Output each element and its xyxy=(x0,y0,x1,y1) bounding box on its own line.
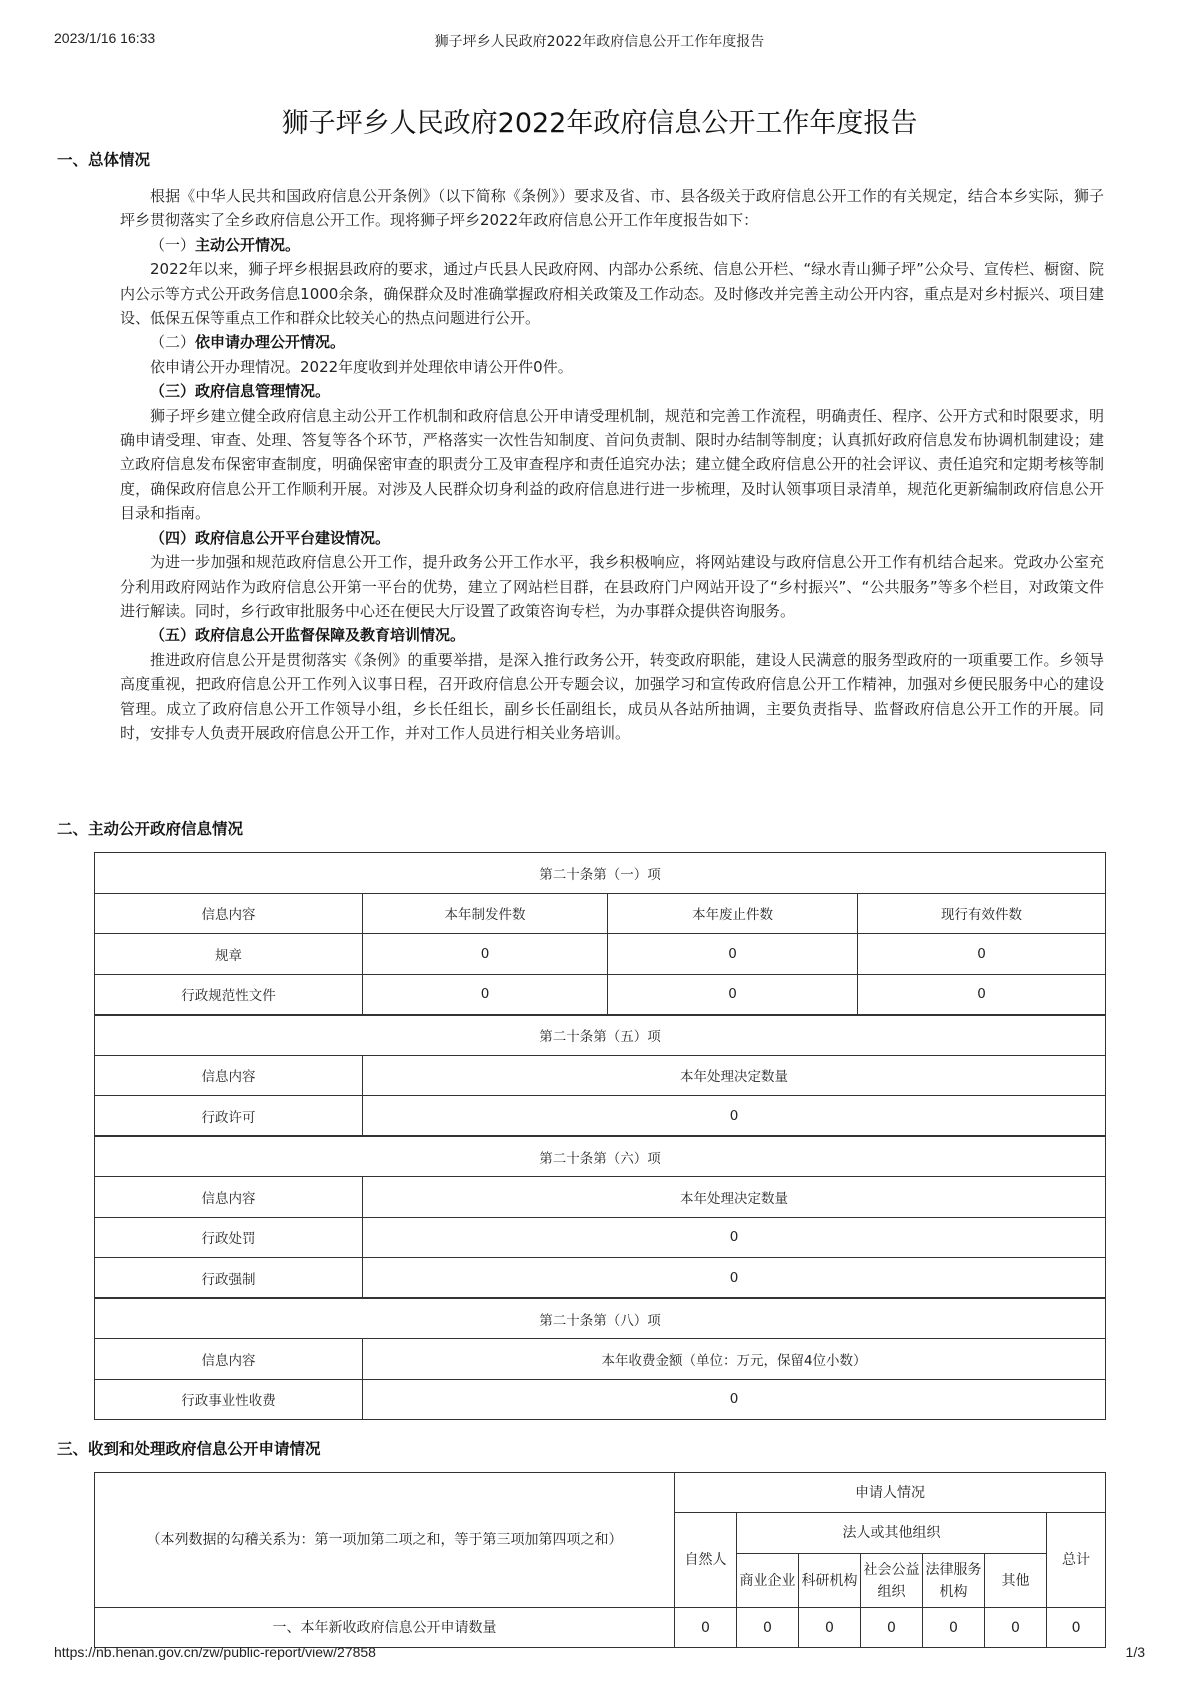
row-label: 行政事业性收费 xyxy=(95,1379,363,1420)
subsection-heading: （二）依申请办理公开情况。 xyxy=(120,330,1104,354)
entity-type-header: 科研机构 xyxy=(799,1554,861,1608)
column-header: 信息内容 xyxy=(95,1339,363,1380)
column-header: 信息内容 xyxy=(95,1055,363,1096)
cell-value: 0 xyxy=(363,1379,1106,1420)
cell-value: 0 xyxy=(363,1217,1106,1258)
section1-body: 根据《中华人民共和国政府信息公开条例》（以下简称《条例》）要求及省、市、县各级关… xyxy=(120,184,1104,745)
table-caption-row: 第二十条第（五）项 xyxy=(95,1015,1106,1056)
subsection-heading: （三）政府信息管理情况。 xyxy=(120,379,1104,403)
block-caption: 第二十条第（六）项 xyxy=(95,1136,1106,1177)
table-header-row: 信息内容 本年处理决定数量 xyxy=(95,1177,1106,1218)
subsection-paragraph: 推进政府信息公开是贯彻落实《条例》的重要举措，是深入推行政务公开，转变政府职能，… xyxy=(120,648,1104,746)
cell-value: 0 xyxy=(985,1608,1047,1648)
subsection-heading: （四）政府信息公开平台建设情况。 xyxy=(120,526,1104,550)
column-header: 本年处理决定数量 xyxy=(363,1177,1106,1218)
print-footer: https://nb.henan.gov.cn/zw/public-report… xyxy=(54,1644,1145,1664)
entity-type-header: 其他 xyxy=(985,1554,1047,1608)
column-header: 信息内容 xyxy=(95,1177,363,1218)
document-title: 狮子坪乡人民政府2022年政府信息公开工作年度报告 xyxy=(0,101,1199,140)
print-header: 2023/1/16 16:33 狮子坪乡人民政府2022年政府信息公开工作年度报… xyxy=(54,30,1145,50)
legal-entity-header: 法人或其他组织 xyxy=(737,1513,1047,1554)
print-page-title: 狮子坪乡人民政府2022年政府信息公开工作年度报告 xyxy=(54,31,1145,51)
table-header-row: 信息内容 本年制发件数 本年废止件数 现行有效件数 xyxy=(95,893,1106,934)
cell-value: 0 xyxy=(363,974,608,1015)
section3-heading: 三、收到和处理政府信息公开申请情况 xyxy=(57,1437,321,1459)
cell-value: 0 xyxy=(737,1608,799,1648)
table-header-row: 信息内容 本年处理决定数量 xyxy=(95,1055,1106,1096)
cell-value: 0 xyxy=(799,1608,861,1648)
reconciliation-note: （本列数据的勾稽关系为：第一项加第二项之和，等于第三项加第四项之和） xyxy=(95,1473,675,1608)
table-caption-row: 第二十条第（一）项 xyxy=(95,853,1106,894)
subsection-paragraph: 依申请公开办理情况。2022年度收到并处理依申请公开件0件。 xyxy=(120,355,1104,379)
table-row: 行政处罚 0 xyxy=(95,1217,1106,1258)
table-row: 一、本年新收政府信息公开申请数量 0 0 0 0 0 0 0 xyxy=(95,1608,1106,1648)
entity-type-header: 商业企业 xyxy=(737,1554,799,1608)
row-label: 行政强制 xyxy=(95,1258,363,1299)
row-label: 行政许可 xyxy=(95,1096,363,1137)
natural-person-header: 自然人 xyxy=(675,1513,737,1608)
column-header: 本年废止件数 xyxy=(608,893,858,934)
table-header-row: 信息内容 本年收费金额（单位：万元，保留4位小数） xyxy=(95,1339,1106,1380)
cell-value: 0 xyxy=(608,934,858,975)
applicant-header: 申请人情况 xyxy=(675,1473,1106,1513)
column-header: 本年制发件数 xyxy=(363,893,608,934)
cell-value: 0 xyxy=(858,974,1106,1015)
table-row: 行政事业性收费 0 xyxy=(95,1379,1106,1420)
proactive-disclosure-table: 第二十条第（一）项 信息内容 本年制发件数 本年废止件数 现行有效件数 规章 0… xyxy=(94,852,1106,1420)
row-label: 行政处罚 xyxy=(95,1217,363,1258)
application-handling-table: （本列数据的勾稽关系为：第一项加第二项之和，等于第三项加第四项之和） 申请人情况… xyxy=(94,1472,1106,1648)
total-header: 总计 xyxy=(1047,1513,1106,1608)
cell-value: 0 xyxy=(363,1096,1106,1137)
subsection-paragraph: 2022年以来，狮子坪乡根据县政府的要求，通过卢氏县人民政府网、内部办公系统、信… xyxy=(120,257,1104,330)
subsection-heading: （一）主动公开情况。 xyxy=(120,233,1104,257)
cell-value: 0 xyxy=(675,1608,737,1648)
block-caption: 第二十条第（五）项 xyxy=(95,1015,1106,1056)
page-number: 1/3 xyxy=(1126,1644,1145,1660)
intro-paragraph: 根据《中华人民共和国政府信息公开条例》（以下简称《条例》）要求及省、市、县各级关… xyxy=(120,184,1104,233)
entity-type-header: 法律服务机构 xyxy=(923,1554,985,1608)
subsection-paragraph: 狮子坪乡建立健全政府信息主动公开工作机制和政府信息公开申请受理机制，规范和完善工… xyxy=(120,404,1104,526)
table-caption-row: 第二十条第（八）项 xyxy=(95,1298,1106,1339)
subsection-heading: （五）政府信息公开监督保障及教育培训情况。 xyxy=(120,623,1104,647)
table-caption-row: 第二十条第（六）项 xyxy=(95,1136,1106,1177)
table-row: 行政规范性文件 0 0 0 xyxy=(95,974,1106,1015)
cell-value: 0 xyxy=(363,934,608,975)
column-header: 信息内容 xyxy=(95,893,363,934)
cell-value: 0 xyxy=(923,1608,985,1648)
column-header: 本年收费金额（单位：万元，保留4位小数） xyxy=(363,1339,1106,1380)
row-label: 规章 xyxy=(95,934,363,975)
block-caption: 第二十条第（一）项 xyxy=(95,853,1106,894)
subsection-paragraph: 为进一步加强和规范政府信息公开工作，提升政务公开工作水平，我乡积极响应，将网站建… xyxy=(120,550,1104,623)
entity-type-header: 社会公益组织 xyxy=(861,1554,923,1608)
page-url: https://nb.henan.gov.cn/zw/public-report… xyxy=(54,1644,376,1660)
cell-value: 0 xyxy=(1047,1608,1106,1648)
table-row: 行政许可 0 xyxy=(95,1096,1106,1137)
table-row: 规章 0 0 0 xyxy=(95,934,1106,975)
cell-value: 0 xyxy=(363,1258,1106,1299)
section2-heading: 二、主动公开政府信息情况 xyxy=(57,817,243,839)
row-label: 行政规范性文件 xyxy=(95,974,363,1015)
row-label: 一、本年新收政府信息公开申请数量 xyxy=(95,1608,675,1648)
block-caption: 第二十条第（八）项 xyxy=(95,1298,1106,1339)
column-header: 现行有效件数 xyxy=(858,893,1106,934)
table-row: 行政强制 0 xyxy=(95,1258,1106,1299)
cell-value: 0 xyxy=(861,1608,923,1648)
cell-value: 0 xyxy=(858,934,1106,975)
section1-heading: 一、总体情况 xyxy=(57,148,150,170)
cell-value: 0 xyxy=(608,974,858,1015)
column-header: 本年处理决定数量 xyxy=(363,1055,1106,1096)
